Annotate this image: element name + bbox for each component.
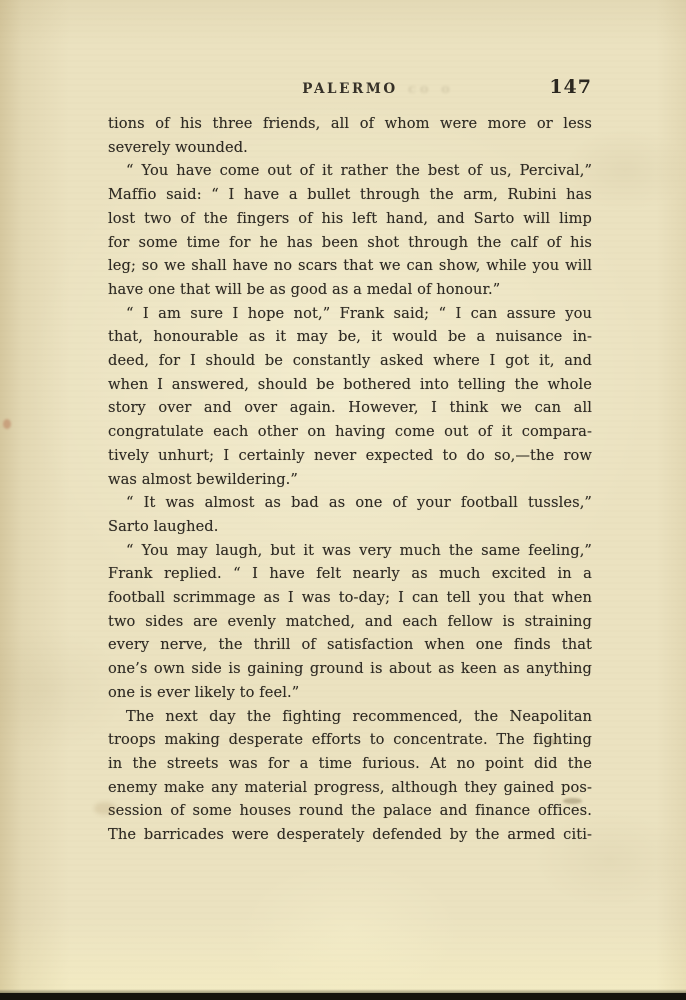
- text-line: tively unhurt; I certainly never expecte…: [108, 444, 592, 468]
- text-line: story over and over again. However, I th…: [108, 396, 592, 420]
- text-line: The next day the fighting recommenced, t…: [108, 705, 592, 729]
- text-line: Sarto laughed.: [108, 515, 592, 539]
- text-line: lost two of the fingers of his left hand…: [108, 207, 592, 231]
- running-title: PALERMO: [108, 76, 592, 97]
- paragraph: “ I am sure I hope not,” Frank said; “ I…: [108, 302, 592, 492]
- page-speck: [3, 419, 11, 429]
- paragraph: The next day the fighting recommenced, t…: [108, 705, 592, 847]
- text-line: for some time for he has been shot throu…: [108, 231, 592, 255]
- text-line: “ I am sure I hope not,” Frank said; “ I…: [108, 302, 592, 326]
- text-line: was almost bewildering.”: [108, 468, 592, 492]
- text-line: congratulate each other on having come o…: [108, 420, 592, 444]
- text-line: enemy make any material progress, althou…: [108, 776, 592, 800]
- paragraph: “ It was almost as bad as one of your fo…: [108, 491, 592, 538]
- text-line: in the streets was for a time furious. A…: [108, 752, 592, 776]
- text-line: every nerve, the thrill of satisfaction …: [108, 633, 592, 657]
- text-line: tions of his three friends, all of whom …: [108, 112, 592, 136]
- text-line: session of some houses round the palace …: [108, 799, 592, 823]
- text-line: “ It was almost as bad as one of your fo…: [108, 491, 592, 515]
- paragraph: “ You may laugh, but it was very much th…: [108, 539, 592, 705]
- text-line: Frank replied. “ I have felt nearly as m…: [108, 562, 592, 586]
- text-line: have one that will be as good as a medal…: [108, 278, 592, 302]
- body-text: tions of his three friends, all of whom …: [108, 112, 592, 847]
- text-line: Maffio said: “ I have a bullet through t…: [108, 183, 592, 207]
- paragraph: “ You have come out of it rather the bes…: [108, 159, 592, 301]
- book-page-scan: PALERMO 147 co o tions of his three frie…: [0, 0, 686, 1000]
- text-line: football scrimmage as I was to-day; I ca…: [108, 586, 592, 610]
- text-line: one is ever likely to feel.”: [108, 681, 592, 705]
- paragraph: tions of his three friends, all of whom …: [108, 112, 592, 159]
- page-header: PALERMO 147: [108, 76, 592, 100]
- text-line: deed, for I should be constantly asked w…: [108, 349, 592, 373]
- scan-edge-bar: [0, 993, 686, 1000]
- text-line: troops making desperate efforts to conce…: [108, 728, 592, 752]
- text-line: leg; so we shall have no scars that we c…: [108, 254, 592, 278]
- page-number: 147: [549, 76, 592, 98]
- text-line: severely wounded.: [108, 136, 592, 160]
- text-line: “ You have come out of it rather the bes…: [108, 159, 592, 183]
- text-line: one’s own side is gaining ground is abou…: [108, 657, 592, 681]
- text-line: that, honourable as it may be, it would …: [108, 325, 592, 349]
- text-line: The barricades were desperately defended…: [108, 823, 592, 847]
- text-line: when I answered, should be bothered into…: [108, 373, 592, 397]
- text-line: two sides are evenly matched, and each f…: [108, 610, 592, 634]
- text-line: “ You may laugh, but it was very much th…: [108, 539, 592, 563]
